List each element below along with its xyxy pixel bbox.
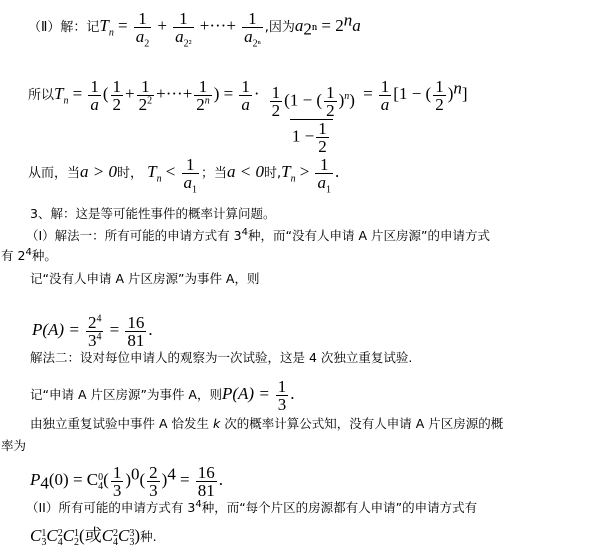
geometric-sum-fraction: 12(1 − (12)n) 1 −12 <box>266 84 357 155</box>
fraction-16-over-81: 1681 <box>196 464 217 499</box>
q3-heading: 3、解：这是等可能性事件的概率计算问题。 <box>30 206 275 222</box>
fraction-1-over-a: 1a <box>239 78 252 113</box>
q3-method1-line1: （I）解法一：所有可能的申请方式有 34种，而“没有人申请 A 片区房源”的申请… <box>26 228 490 244</box>
fraction-half: 12 <box>433 78 446 113</box>
q3-bernoulli-line1: 由独立重复试验中事件 A 恰发生 k 次的概率计算公式知，没有人申请 A 片区房… <box>30 416 503 432</box>
fraction-1-over-3: 13 <box>111 464 124 499</box>
q3-part2-line: （II）所有可能的申请方式有 34种，而“每个片区的房源都有人申请”的申请方式有 <box>26 500 477 516</box>
fraction-16-over-81: 1681 <box>125 314 146 349</box>
fraction-2pow4-over-3pow4: 2434 <box>86 314 104 349</box>
q3-event-A-apply: 记“申请 A 片区房源”为事件 A，则P(A) = 13. <box>30 378 295 413</box>
part2-intro-line: （Ⅱ）解：记Tn = 1a2 + 1a2² +···+ 1a2ⁿ,因为a2ⁿ =… <box>28 10 361 45</box>
fraction-1-over-2n: 12n <box>194 78 212 113</box>
fraction-1-a2sq: 1a2² <box>173 10 194 45</box>
fraction-1-a2: 1a2 <box>134 10 152 45</box>
PA-formula: P(A) = 2434 = 1681. <box>32 314 153 349</box>
fraction-1-over-a: 1a <box>88 78 101 113</box>
q3-method2: 解法二：设对每位申请人的观察为一次试验，这是 4 次独立重复试验. <box>30 350 412 366</box>
fraction-1-over-2sq: 122 <box>137 78 155 113</box>
combination-formula: C13C24C12(或C24C33)种. <box>30 528 157 547</box>
P4-formula: P4(0) = C04(13)0(23)4 = 1681. <box>30 464 223 499</box>
fraction-half: 12 <box>111 78 124 113</box>
fraction-1-over-a: 1a <box>379 78 392 113</box>
q3-bernoulli-line2: 率为 <box>1 438 26 454</box>
Tn-symbol: Tn <box>54 84 68 103</box>
q3-method1-line2: 有 24种。 <box>1 248 57 264</box>
fraction-1-over-a1: 1a1 <box>182 156 200 191</box>
part2-label: （Ⅱ）解：记 <box>28 20 99 35</box>
conclusion-line: 从而，当a > 0时， Tn < 1a1；当a < 0时,Tn > 1a1. <box>28 156 339 191</box>
q3-event-A-definition: 记“没有人申请 A 片区房源”为事件 A，则 <box>30 271 259 287</box>
fraction-2-over-3: 23 <box>147 464 160 499</box>
so-Tn-line: 所以Tn = 1a(12+122+···+12n) = 1a· 12(1 − (… <box>28 78 468 155</box>
Tn-symbol: Tn <box>99 16 113 35</box>
fraction-1-over-a1: 1a1 <box>315 156 333 191</box>
fraction-1-a2n: 1a2ⁿ <box>242 10 263 45</box>
fraction-1-over-3: 13 <box>276 378 289 413</box>
